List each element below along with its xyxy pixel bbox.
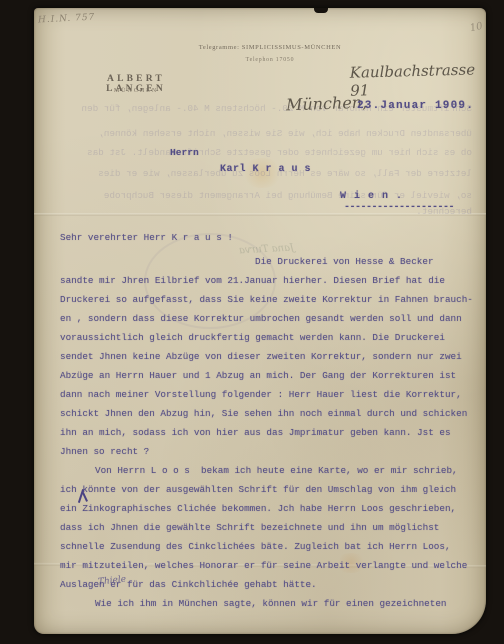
typed-date: 23.Januar 1909. bbox=[357, 100, 474, 112]
bleedthrough-line: übersandten Drucken habe ich, wie Sie wi… bbox=[42, 128, 472, 139]
body-line: Wie ich ihm in München sagte, können wir… bbox=[60, 594, 478, 613]
scan-notch bbox=[314, 8, 328, 13]
letterhead-telegram-line: Telegramme: SIMPLICISSIMUS-MÜNCHEN bbox=[180, 44, 360, 51]
recipient-prefix: Herrn bbox=[170, 147, 199, 158]
body-line: schickt Jhnen den Abzug hin, Sie sehen i… bbox=[60, 404, 478, 423]
body-line: Jhnen so recht ? bbox=[60, 442, 478, 461]
letter-page: H.I.N. 757 10 Schriftmuster ein Honorar … bbox=[34, 8, 486, 634]
letterhead-telephone-line: Telephon 17050 bbox=[180, 57, 360, 63]
body-line: dann nach meiner Vorstellung folgender :… bbox=[60, 385, 478, 404]
letterhead-sender-city: MÜNCHEN bbox=[76, 88, 196, 94]
letterhead-street-script: Kaulbachstrasse 91 bbox=[350, 60, 487, 100]
body-line: ihn an mich, sodass ich von hier aus das… bbox=[60, 423, 478, 442]
body-line: ich könnte von der ausgewählten Schrift … bbox=[60, 480, 478, 499]
salutation: Sehr verehrter Herr K r a u s ! bbox=[60, 228, 478, 247]
body-line: en , sondern dass diese Korrektur umbroc… bbox=[60, 309, 478, 328]
bleedthrough-line: so, wieviel er für seine Bemühung bei Ar… bbox=[42, 190, 472, 201]
body-line: Abzüge an Herrn Hauer und 1 Abzug an mic… bbox=[60, 366, 478, 385]
body-line: sendet Jhnen keine Abzüge von dieser zwe… bbox=[60, 347, 478, 366]
letterhead-place-script: München, bbox=[286, 93, 368, 115]
body-line: voraussichtlich gleich druckfertig gemac… bbox=[60, 328, 478, 347]
archival-number-pencil: H.I.N. 757 bbox=[38, 13, 96, 26]
recipient-underline: -------------------- bbox=[344, 202, 454, 213]
body-line: dass ich Jhnen die gewählte Schrift beze… bbox=[60, 518, 478, 537]
recipient-name: Karl K r a u s bbox=[220, 164, 311, 175]
letter-body: Sehr verehrter Herr K r a u s ! Die Druc… bbox=[60, 228, 478, 613]
page-number-pencil: 10 bbox=[469, 21, 484, 34]
recipient-city: W i e n . bbox=[340, 191, 403, 202]
body-line: schnelle Zusendung des Cinkclichées bäte… bbox=[60, 537, 478, 556]
bleedthrough-line: ob es sich hier um gezeichnete oder gese… bbox=[42, 147, 472, 158]
body-line: sandte mir Jhren Eilbrief vom 21.Januar … bbox=[60, 271, 478, 290]
body-line: Druckerei so aufgefasst, dass Sie keine … bbox=[60, 290, 478, 309]
body-line: mir mitzuteilen, welches Honorar er für … bbox=[60, 556, 478, 575]
scanned-letter-screenshot: { "document": { "archival_number": "H.I.… bbox=[0, 0, 504, 644]
body-line: ein Zinkographisches Clichée bekommen. J… bbox=[60, 499, 478, 518]
body-line: Die Druckerei von Hesse & Becker bbox=[60, 252, 478, 271]
body-line: Von Herrn L o o s bekam ich heute eine K… bbox=[60, 461, 478, 480]
